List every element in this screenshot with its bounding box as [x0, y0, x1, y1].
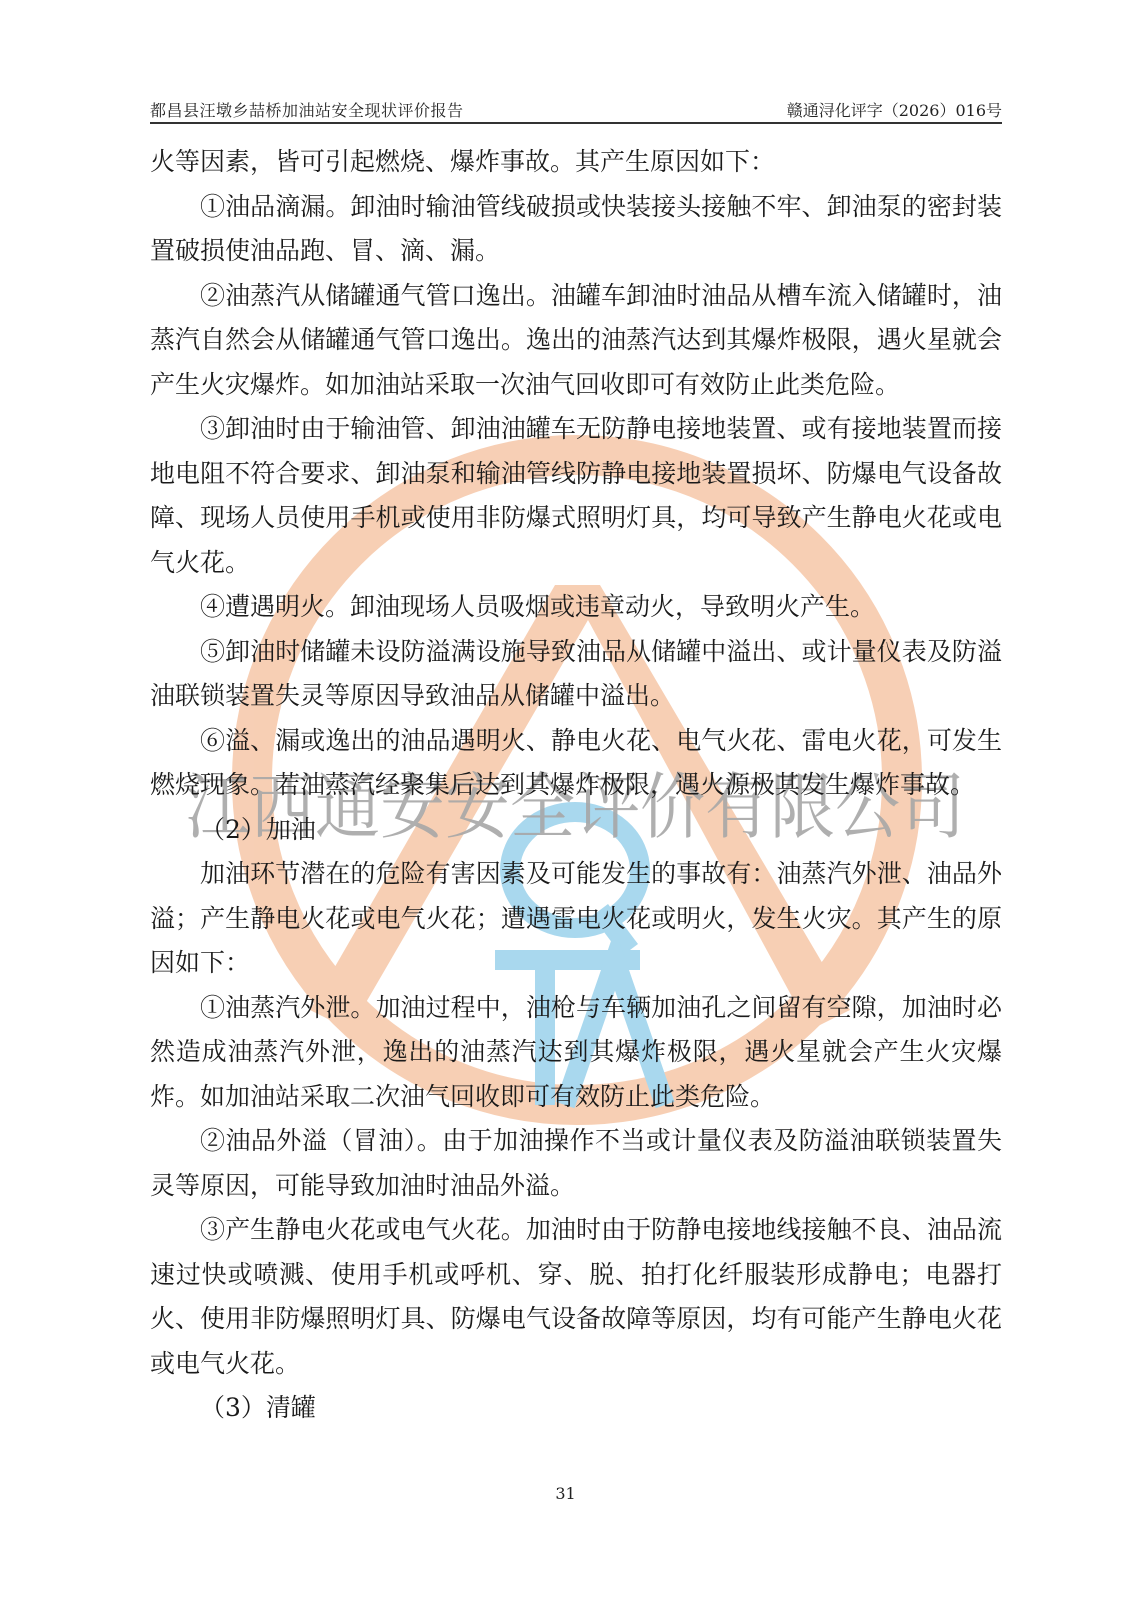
page-header: 都昌县汪墩乡喆桥加油站安全现状评价报告 赣通浔化评字（2026）016号 [150, 94, 1002, 124]
paragraph: ①油蒸汽外泄。加油过程中，油枪与车辆加油孔之间留有空隙，加油时必然造成油蒸汽外泄… [150, 986, 1002, 1120]
paragraph: ⑤卸油时储罐未设防溢满设施导致油品从储罐中溢出、或计量仪表及防溢油联锁装置失灵等… [150, 630, 1002, 719]
paragraph: ⑥溢、漏或逸出的油品遇明火、静电火花、电气火花、雷电火花，可发生燃烧现象。若油蒸… [150, 719, 1002, 808]
paragraph: ③卸油时由于输油管、卸油油罐车无防静电接地装置、或有接地装置而接地电阻不符合要求… [150, 407, 1002, 585]
document-number: 赣通浔化评字（2026）016号 [787, 98, 1002, 121]
paragraph: ④遭遇明火。卸油现场人员吸烟或违章动火，导致明火产生。 [150, 585, 1002, 630]
document-body: 火等因素，皆可引起燃烧、爆炸事故。其产生原因如下：①油品滴漏。卸油时输油管线破损… [150, 140, 1002, 1431]
page-number: 31 [0, 1484, 1131, 1503]
paragraph: （2）加油 [150, 808, 1002, 853]
paragraph: （3）清罐 [150, 1386, 1002, 1431]
paragraph: ③产生静电火花或电气火花。加油时由于防静电接地线接触不良、油品流速过快或喷溅、使… [150, 1208, 1002, 1386]
paragraph: ②油品外溢（冒油）。由于加油操作不当或计量仪表及防溢油联锁装置失灵等原因，可能导… [150, 1119, 1002, 1208]
paragraph: ①油品滴漏。卸油时输油管线破损或快装接头接触不牢、卸油泵的密封装置破损使油品跑、… [150, 185, 1002, 274]
paragraph: ②油蒸汽从储罐通气管口逸出。油罐车卸油时油品从槽车流入储罐时，油蒸汽自然会从储罐… [150, 274, 1002, 408]
report-title: 都昌县汪墩乡喆桥加油站安全现状评价报告 [150, 98, 464, 121]
paragraph: 加油环节潜在的危险有害因素及可能发生的事故有：油蒸汽外泄、油品外溢；产生静电火花… [150, 852, 1002, 986]
paragraph: 火等因素，皆可引起燃烧、爆炸事故。其产生原因如下： [150, 140, 1002, 185]
